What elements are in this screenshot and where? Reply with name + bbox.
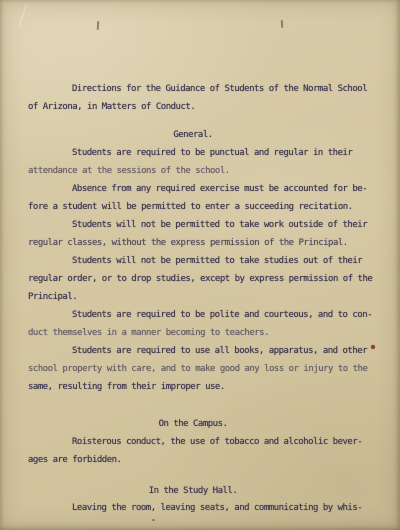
doc-line: Students are required to be polite and c…	[72, 309, 372, 323]
doc-line: ages are forbidden.	[28, 454, 121, 468]
ink-dot	[152, 519, 155, 521]
doc-line: same, resulting from their improper use.	[28, 381, 225, 395]
section-heading: General.	[0, 129, 386, 143]
section-heading: On the Campus.	[0, 418, 386, 432]
doc-line: attendance at the sessions of the school…	[28, 165, 230, 179]
doc-line: Students are required to use all books, …	[72, 345, 367, 359]
scanned-page: Directions for the Guidance of Students …	[0, 0, 400, 530]
doc-line: Students will not be permitted to take w…	[72, 219, 367, 233]
ink-tick-mark	[281, 20, 283, 28]
doc-line: school property with care, and to make g…	[28, 363, 367, 377]
doc-line: Absence from any required exercise must …	[72, 183, 367, 197]
doc-line: fore a student will be permitted to ente…	[28, 201, 353, 215]
doc-line: regular order, or to drop studies, excep…	[28, 273, 372, 287]
red-ink-speck	[371, 345, 375, 349]
doc-line: duct themselves in a manner becoming to …	[28, 327, 269, 341]
doc-line: Roisterous conduct, the use of tobacco a…	[72, 436, 362, 450]
title-line: of Arizona, in Matters of Conduct.	[28, 101, 195, 115]
title-line: Directions for the Guidance of Students …	[72, 83, 367, 97]
section-heading: In the Study Hall.	[0, 485, 386, 499]
doc-line: Students are required to be punctual and…	[72, 147, 352, 161]
doc-line: Principal.	[28, 291, 77, 305]
doc-line: Students will not be permitted to take s…	[72, 255, 362, 269]
doc-line: Leaving the room, leaving seats, and com…	[72, 502, 362, 516]
doc-line: regular classes, without the express per…	[28, 237, 348, 251]
